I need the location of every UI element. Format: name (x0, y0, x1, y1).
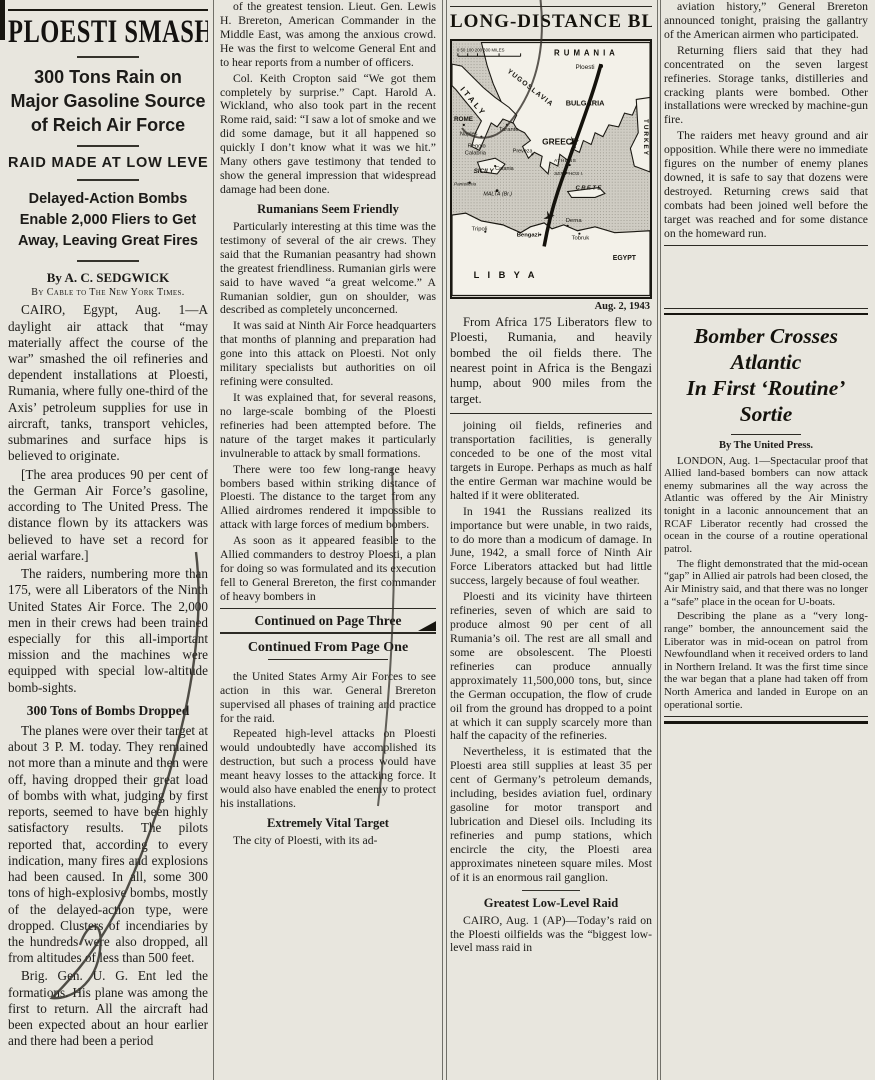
section-double-rule (664, 308, 868, 315)
mediterranean-map: 0 50 100 200 300 MILES R U M A N I APloe… (450, 39, 652, 299)
paragraph: It was explained that, for several reaso… (220, 391, 436, 461)
map-label: Calabria (465, 150, 487, 156)
divider-rule (731, 434, 801, 435)
section-heading: 300 Tons of Bombs Dropped (8, 703, 208, 719)
deck-headline-3: Delayed-Action Bombs Enable 2,000 Fliers… (8, 189, 208, 252)
map-scale-label: 0 50 100 200 300 MILES (457, 47, 505, 52)
section-heading: Greatest Low-Level Raid (450, 890, 652, 911)
paragraph: CAIRO, Aug. 1 (AP)—Today’s raid on the P… (450, 914, 652, 956)
continued-on-notice: Continued on Page Three (220, 608, 436, 634)
map-caption: From Africa 175 Liberators flew to Ploes… (450, 315, 652, 407)
main-headline: PLOESTI SMASHED (8, 15, 208, 51)
caption-rule (450, 413, 652, 414)
map-label: Preveza (513, 148, 533, 154)
bottom-double-rule (664, 716, 868, 724)
paragraph: The planes were over their target at abo… (8, 723, 208, 967)
map-label: Naples (460, 132, 478, 138)
map-label: R U M A N I A (554, 48, 616, 57)
headline-top-rule (8, 9, 208, 11)
byline: By A. C. SEDGWICK (8, 270, 208, 286)
paragraph: The city of Ploesti, with its ad- (220, 834, 436, 848)
column-rule (446, 0, 447, 1080)
map-label: Tripoli (472, 227, 488, 233)
paragraph: Describing the plane as a “very long-ran… (664, 610, 868, 711)
map-label: Tobruk (572, 236, 590, 242)
paragraph: Col. Keith Cropton said “We got them com… (220, 72, 436, 197)
city-dot (506, 124, 508, 126)
column-rule (657, 0, 658, 1080)
paragraph: Repeated high-level attacks on Ploesti w… (220, 727, 436, 811)
map-label: Taranto (499, 127, 519, 133)
column-rule (442, 0, 443, 1080)
paragraph: The raiders, numbering more than 175, we… (8, 566, 208, 696)
deck-headline-1: 300 Tons Rain on Major Gasoline Source o… (8, 66, 208, 137)
column-gap (664, 246, 868, 308)
city-dot (463, 124, 465, 126)
city-dot (569, 164, 571, 166)
city-dot (480, 136, 482, 138)
paragraph: Nevertheless, it is estimated that the P… (450, 745, 652, 884)
map-label: BULGARIA (566, 98, 605, 107)
map-caption-text: From Africa 175 Liberators flew to Ploes… (450, 315, 652, 407)
map-label: SERIPHOS I. (554, 171, 583, 177)
deck-headline-2: RAID MADE AT LOW LEVEL (8, 155, 208, 171)
map-label: ROME (454, 116, 473, 123)
headline-line-1: Bomber Crosses Atlantic (664, 323, 868, 375)
map-feature-title: LONG-DISTANCE BLOW (450, 11, 652, 33)
section-heading: Extremely Vital Target (220, 816, 436, 831)
article-body: of the greatest tension. Lieut. Gen. Lew… (220, 0, 436, 848)
map-label: GREECE (542, 136, 578, 146)
column-4: aviation history,” General Brereton anno… (664, 0, 868, 1080)
paragraph: Returning fliers said that they had conc… (664, 44, 868, 128)
map-label: Reggio (468, 143, 486, 149)
divider-rule (77, 260, 139, 262)
paragraph: It was said at Ninth Air Force headquart… (220, 319, 436, 389)
column-1: PLOESTI SMASHED 300 Tons Rain on Major G… (8, 0, 208, 1080)
continued-from-notice: Continued From Page One (220, 640, 436, 663)
column-2: of the greatest tension. Lieut. Gen. Lew… (220, 0, 436, 1080)
paragraph: Ploesti and its vicinity have thirteen r… (450, 590, 652, 743)
paragraph: In 1941 the Russians realized its import… (450, 505, 652, 589)
paragraph: Brig. Gen. U. G. Ent led the formations.… (8, 968, 208, 1049)
map-label: L I B Y A (474, 270, 538, 280)
map-label: Bengazi (517, 233, 540, 239)
headline-line-2: In First ‘Routine’ Sortie (664, 375, 868, 427)
map-label: ATHENS (554, 158, 577, 164)
second-article-headline: Bomber Crosses Atlantic In First ‘Routin… (664, 323, 868, 428)
paragraph: aviation history,” General Brereton anno… (664, 0, 868, 42)
city-dot (578, 233, 580, 235)
map-label: SICILY (474, 168, 495, 175)
map-label: Pantelleria (454, 182, 477, 187)
paragraph: The raiders met heavy ground and air opp… (664, 129, 868, 240)
column-rule (213, 0, 214, 1080)
article-body: aviation history,” General Brereton anno… (664, 0, 868, 241)
paragraph: [The area produces 90 per cent of the Ge… (8, 467, 208, 564)
byline-credit: By Cable to The New York Times. (8, 287, 208, 298)
map-label: Catania (495, 166, 514, 172)
section-heading: Rumanians Seem Friendly (220, 202, 436, 217)
city-dot (567, 225, 569, 227)
city-dot (539, 234, 541, 236)
paragraph: Particularly interesting at this time wa… (220, 220, 436, 317)
feature-top-rule (450, 6, 652, 7)
paragraph: The flight demonstrated that the mid-oce… (664, 558, 868, 609)
map-label: TURKEY (642, 119, 649, 157)
paragraph: joining oil fields, refineries and trans… (450, 419, 652, 503)
paragraph: CAIRO, Egypt, Aug. 1—A daylight air atta… (8, 302, 208, 464)
paragraph: LONDON, Aug. 1—Spectacular proof that Al… (664, 455, 868, 556)
divider-rule (77, 145, 139, 147)
second-article-body: LONDON, Aug. 1—Spectacular proof that Al… (664, 455, 868, 712)
map-label: CRETE (576, 186, 603, 192)
paragraph: of the greatest tension. Lieut. Gen. Lew… (220, 0, 436, 70)
article-body: joining oil fields, refineries and trans… (450, 419, 652, 955)
map-label: Ploesti (576, 64, 595, 71)
paragraph: As soon as it appeared feasible to the A… (220, 534, 436, 604)
column-3: LONG-DISTANCE BLOW (450, 0, 652, 1080)
map-label: EGYPT (613, 255, 637, 262)
divider-rule (77, 56, 139, 58)
divider-rule (77, 179, 139, 181)
newspaper-page: PLOESTI SMASHED 300 Tons Rain on Major G… (0, 0, 875, 1080)
paragraph: There were too few long-range heavy bomb… (220, 463, 436, 533)
scan-edge-mark (0, 0, 5, 40)
wire-credit: By The United Press. (664, 440, 868, 451)
map-label: MALTA (Br.) (483, 191, 512, 197)
paragraph: the United States Army Air Forces to see… (220, 670, 436, 726)
article-body: CAIRO, Egypt, Aug. 1—A daylight air atta… (8, 302, 208, 1049)
map-label: Derna (566, 218, 583, 224)
map-date: Aug. 2, 1943 (450, 301, 650, 312)
column-rule (660, 0, 661, 1080)
